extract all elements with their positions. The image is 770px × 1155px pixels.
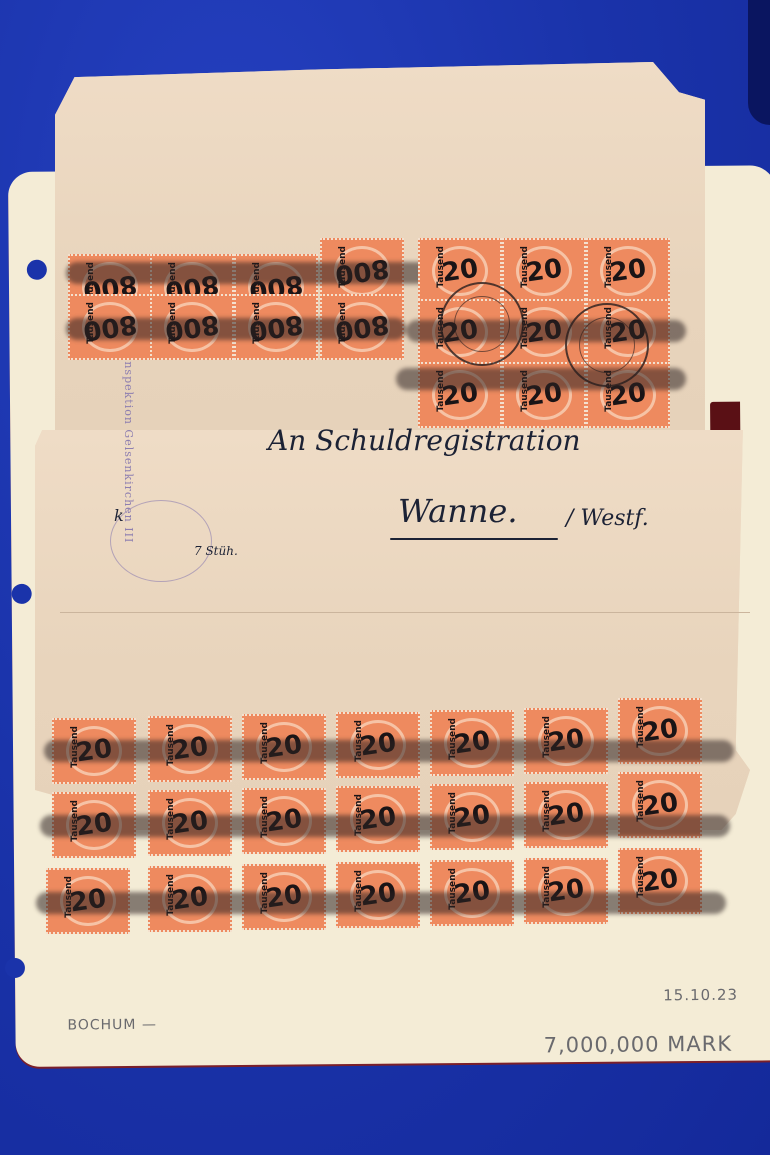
stamp-20: Tausend20 [524,858,608,924]
side-mark: k [114,506,124,525]
punch-hole-middle [12,584,32,604]
postmark-bochum-1 [440,282,524,366]
footer-amount: 7,000,000 MARK [544,1032,733,1058]
background-shadow [748,0,770,125]
postmark-bochum-2 [565,303,649,387]
cancel-bar [44,740,734,762]
address-underline [390,538,558,540]
cancel-bar [396,368,686,390]
punch-hole-top [27,260,47,280]
address-line-1: An Schuldregistration [268,424,581,457]
stamp-20: Tausend20 [586,238,670,304]
cover-fold [60,612,750,613]
address-region: / Westf. [566,506,649,531]
footer-date: 15.10.23 [663,986,738,1005]
stamp-value: 20 [608,254,648,289]
sender-note: 7 Stüh. [194,544,238,558]
cancel-bar [40,815,730,837]
cancel-bar [36,892,726,914]
cancel-bar [66,318,406,340]
violet-seal [110,500,212,582]
punch-hole-bottom [5,958,25,978]
stamp-value: 20 [524,254,564,289]
address-line-2: Wanne. [398,492,518,530]
stamp-20: Tausend20 [502,238,586,304]
footer-place: BOCHUM — [67,1017,157,1034]
